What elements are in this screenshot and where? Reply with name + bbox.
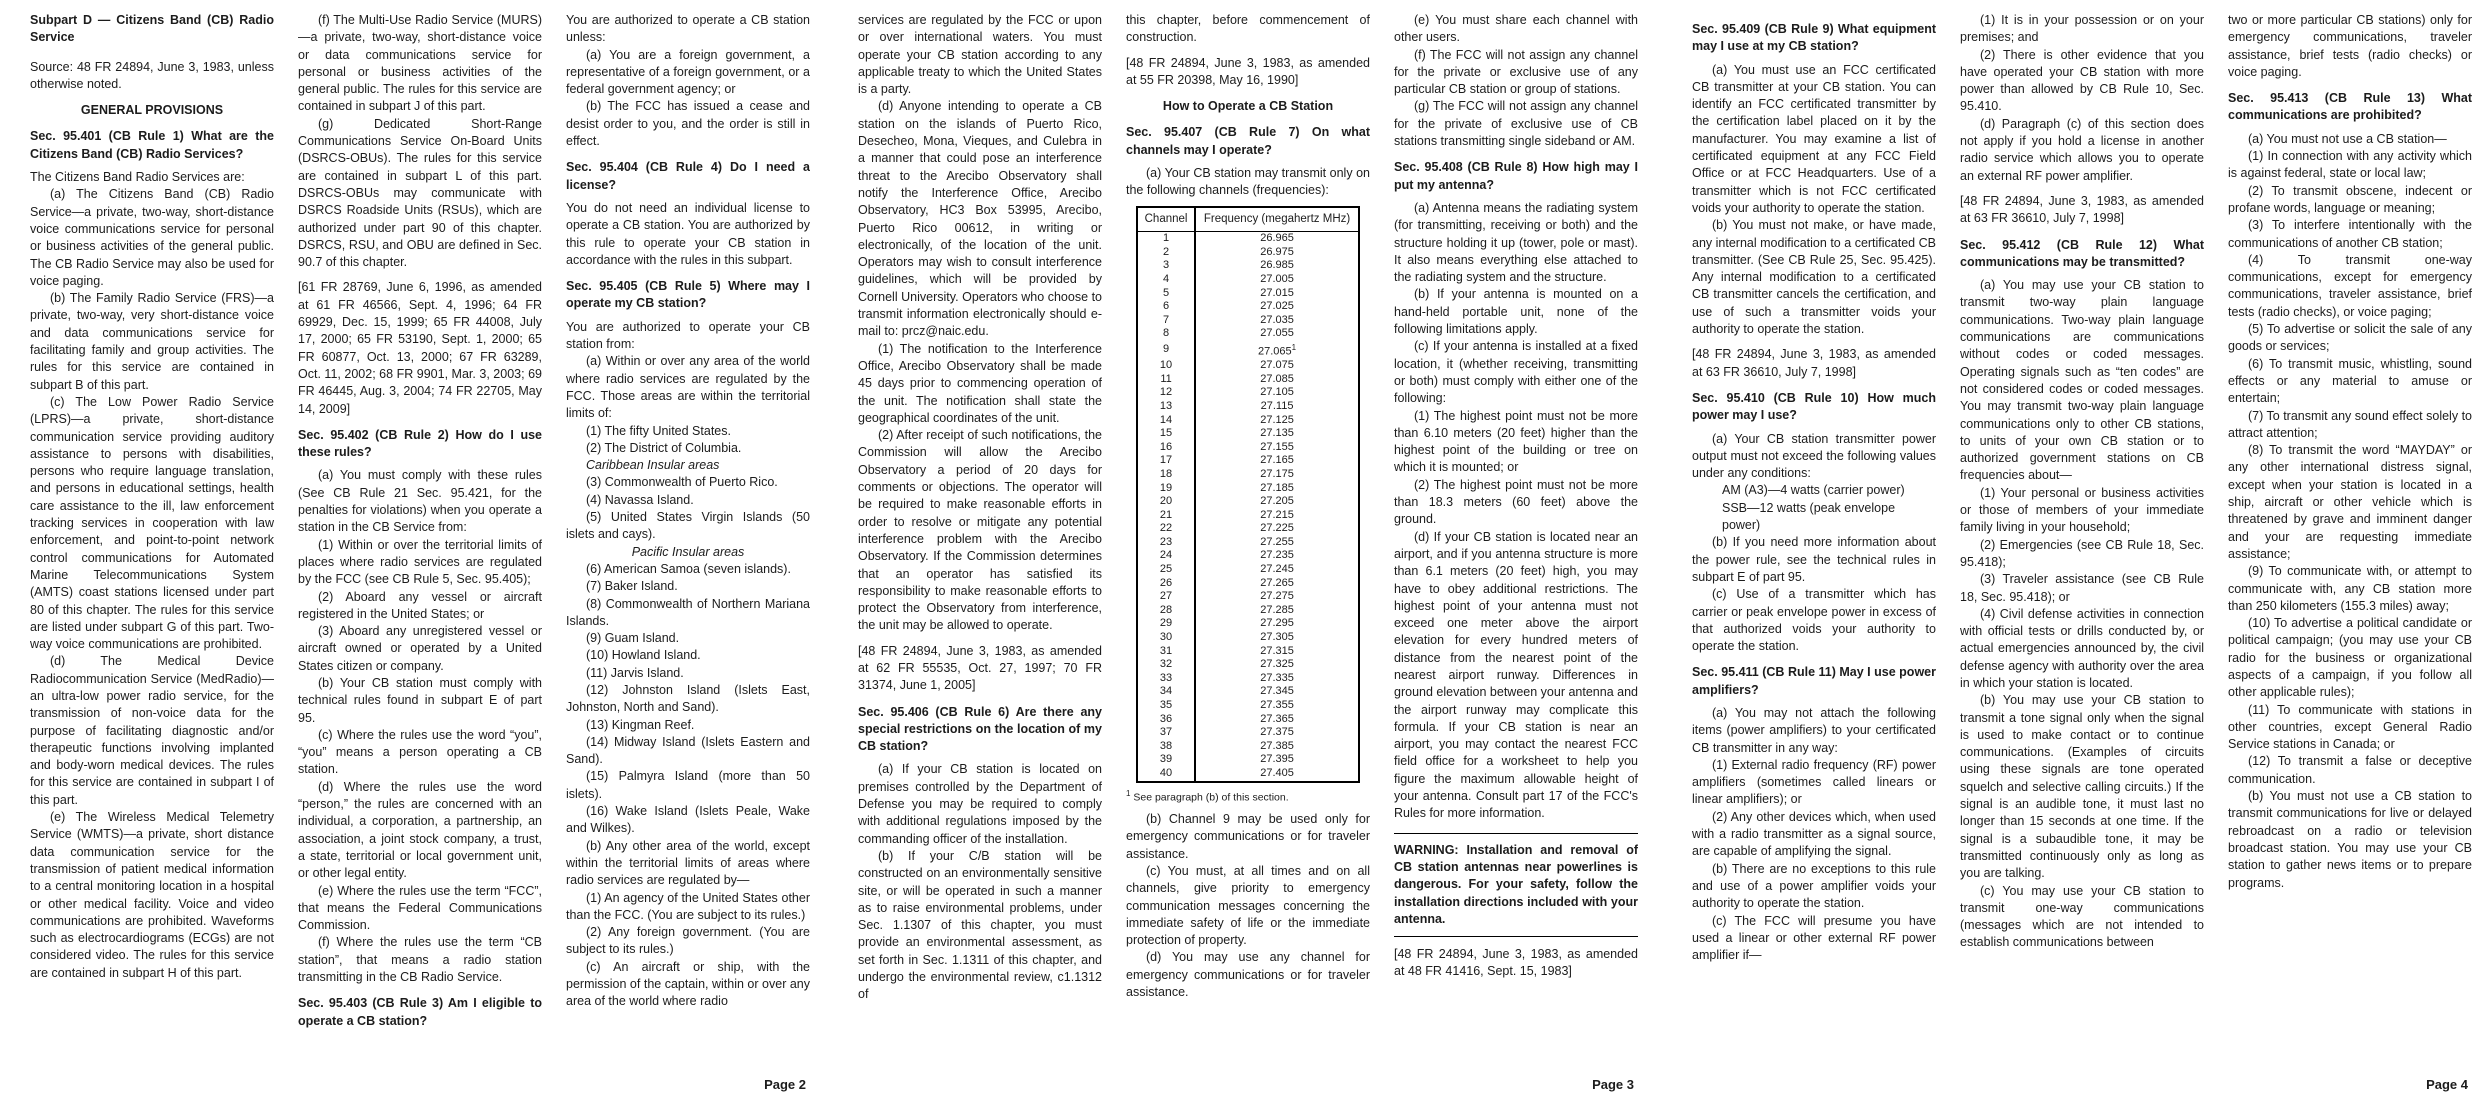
- section-heading: Sec. 95.413 (CB Rule 13) What communicat…: [2228, 90, 2472, 125]
- table-row: 1027.075: [1137, 359, 1359, 373]
- frequency-cell: 27.035: [1195, 314, 1359, 328]
- channel-frequency-table: ChannelFrequency (megahertz MHz)126.9652…: [1136, 206, 1360, 783]
- frequency-cell: 27.265: [1195, 577, 1359, 591]
- table-row: 3227.325: [1137, 658, 1359, 672]
- paragraph: (f) The Multi-Use Radio Service (MURS)—a…: [298, 12, 542, 116]
- paragraph: (a) Antenna means the radiating system (…: [1394, 200, 1638, 286]
- paragraph: (d) Where the rules use the word “person…: [298, 779, 542, 883]
- table-row: 3527.355: [1137, 699, 1359, 713]
- channel-cell: 5: [1137, 287, 1195, 301]
- table-row: 1927.185: [1137, 482, 1359, 496]
- channel-cell: 27: [1137, 590, 1195, 604]
- source-note: [48 FR 24894, June 3, 1983, as amended a…: [1692, 346, 1936, 381]
- paragraph: (2) Any foreign government. (You are sub…: [566, 924, 810, 959]
- paragraph: (d) Anyone intending to operate a CB sta…: [858, 98, 1102, 340]
- section-heading: Sec. 95.404 (CB Rule 4) Do I need a lice…: [566, 159, 810, 194]
- channel-cell: 28: [1137, 604, 1195, 618]
- center-heading: GENERAL PROVISIONS: [30, 102, 274, 119]
- table-header: Frequency (megahertz MHz): [1195, 207, 1359, 232]
- frequency-cell: 27.215: [1195, 509, 1359, 523]
- paragraph: (g) Dedicated Short-Range Communications…: [298, 116, 542, 272]
- frequency-cell: 27.385: [1195, 740, 1359, 754]
- text-column: (1) It is in your possession or on your …: [1960, 12, 2204, 1074]
- warning-box: WARNING: Installation and removal of CB …: [1394, 833, 1638, 937]
- frequency-cell: 27.075: [1195, 359, 1359, 373]
- table-row: 2827.285: [1137, 604, 1359, 618]
- source-note: [48 FR 24894, June 3, 1983, as amended a…: [1960, 193, 2204, 228]
- channel-cell: 38: [1137, 740, 1195, 754]
- frequency-cell: 26.975: [1195, 246, 1359, 260]
- channel-cell: 10: [1137, 359, 1195, 373]
- paragraph: (c) If your antenna is installed at a fi…: [1394, 338, 1638, 407]
- channel-cell: 35: [1137, 699, 1195, 713]
- paragraph: (a) Your CB station transmitter power ou…: [1692, 431, 1936, 483]
- channel-cell: 3: [1137, 259, 1195, 273]
- frequency-cell: 27.245: [1195, 563, 1359, 577]
- text-column: Subpart D — Citizens Band (CB) Radio Ser…: [30, 12, 274, 1074]
- table-row: 3627.365: [1137, 713, 1359, 727]
- channel-cell: 22: [1137, 522, 1195, 536]
- paragraph: (c) You must, at all times and on all ch…: [1126, 863, 1370, 949]
- paragraph: services are regulated by the FCC or upo…: [858, 12, 1102, 98]
- paragraph: The Citizens Band Radio Services are:: [30, 169, 274, 186]
- channel-cell: 24: [1137, 549, 1195, 563]
- frequency-cell: 27.295: [1195, 617, 1359, 631]
- paragraph: (c) The FCC will presume you have used a…: [1692, 913, 1936, 965]
- paragraph: (b) Channel 9 may be used only for emerg…: [1126, 811, 1370, 863]
- paragraph: (g) The FCC will not assign any channel …: [1394, 98, 1638, 150]
- paragraph: (f) Where the rules use the term “CB sta…: [298, 934, 542, 986]
- paragraph: (b) You must not use a CB station to tra…: [2228, 788, 2472, 892]
- channel-cell: 37: [1137, 726, 1195, 740]
- frequency-cell: 27.305: [1195, 631, 1359, 645]
- paragraph: You do not need an individual license to…: [566, 200, 810, 269]
- channel-cell: 39: [1137, 753, 1195, 767]
- table-row: 827.055: [1137, 327, 1359, 341]
- paragraph: (f) The FCC will not assign any channel …: [1394, 47, 1638, 99]
- table-row: 627.025: [1137, 300, 1359, 314]
- channel-cell: 20: [1137, 495, 1195, 509]
- channel-cell: 18: [1137, 468, 1195, 482]
- source-note: [48 FR 24894, June 3, 1983, as amended a…: [1126, 55, 1370, 90]
- channel-cell: 17: [1137, 454, 1195, 468]
- paragraph: (3) To interfere intentionally with the …: [2228, 217, 2472, 252]
- channel-cell: 26: [1137, 577, 1195, 591]
- channel-cell: 31: [1137, 645, 1195, 659]
- frequency-cell: 26.985: [1195, 259, 1359, 273]
- text-column: (e) You must share each channel with oth…: [1394, 12, 1638, 1074]
- section-heading: Sec. 95.402 (CB Rule 2) How do I use the…: [298, 427, 542, 462]
- paragraph: (16) Wake Island (Islets Peale, Wake and…: [566, 803, 810, 838]
- frequency-cell: 27.405: [1195, 767, 1359, 782]
- table-row: 2427.235: [1137, 549, 1359, 563]
- paragraph: (8) Commonwealth of Northern Mariana Isl…: [566, 596, 810, 631]
- channel-cell: 16: [1137, 441, 1195, 455]
- frequency-cell: 27.135: [1195, 427, 1359, 441]
- frequency-cell: 27.395: [1195, 753, 1359, 767]
- paragraph: (b) You may use your CB station to trans…: [1960, 692, 2204, 882]
- paragraph: (b) There are no exceptions to this rule…: [1692, 861, 1936, 913]
- frequency-cell: 27.315: [1195, 645, 1359, 659]
- channel-cell: 34: [1137, 685, 1195, 699]
- paragraph: (15) Palmyra Island (more than 50 islets…: [566, 768, 810, 803]
- section-heading: Sec. 95.411 (CB Rule 11) May I use power…: [1692, 664, 1936, 699]
- frequency-cell: 27.105: [1195, 386, 1359, 400]
- paragraph: (a) The Citizens Band (CB) Radio Service…: [30, 186, 274, 290]
- paragraph: (b) The Family Radio Service (FRS)—a pri…: [30, 290, 274, 394]
- channel-cell: 29: [1137, 617, 1195, 631]
- paragraph: (10) Howland Island.: [566, 647, 810, 664]
- channel-cell: 15: [1137, 427, 1195, 441]
- table-row: 1627.155: [1137, 441, 1359, 455]
- channel-cell: 33: [1137, 672, 1195, 686]
- frequency-cell: 27.125: [1195, 414, 1359, 428]
- document-title: Subpart D — Citizens Band (CB) Radio Ser…: [30, 12, 274, 47]
- table-row: 3127.315: [1137, 645, 1359, 659]
- paragraph: (a) You must comply with these rules (Se…: [298, 467, 542, 536]
- channel-cell: 19: [1137, 482, 1195, 496]
- paragraph: (a) If your CB station is located on pre…: [858, 761, 1102, 847]
- paragraph: (1) The notification to the Interference…: [858, 341, 1102, 427]
- table-row: 2727.275: [1137, 590, 1359, 604]
- channel-cell: 4: [1137, 273, 1195, 287]
- table-row: 3427.345: [1137, 685, 1359, 699]
- page: services are regulated by the FCC or upo…: [858, 12, 1638, 1092]
- table-row: 3727.375: [1137, 726, 1359, 740]
- source-note: [48 FR 24894, June 3, 1983, as amended a…: [858, 643, 1102, 695]
- paragraph: (c) Where the rules use the word “you”, …: [298, 727, 542, 779]
- section-heading: Sec. 95.410 (CB Rule 10) How much power …: [1692, 390, 1936, 425]
- paragraph: (13) Kingman Reef.: [566, 717, 810, 734]
- footnote-marker: 1: [1292, 343, 1296, 352]
- paragraph: (b) If your antenna is mounted on a hand…: [1394, 286, 1638, 338]
- section-heading: Sec. 95.406 (CB Rule 6) Are there any sp…: [858, 704, 1102, 756]
- frequency-cell: 27.085: [1195, 373, 1359, 387]
- channel-cell: 23: [1137, 536, 1195, 550]
- paragraph: (a) You may use your CB station to trans…: [1960, 277, 2204, 485]
- page-label: Page 3: [1592, 1077, 1634, 1092]
- table-row: 2927.295: [1137, 617, 1359, 631]
- table-row: 2327.255: [1137, 536, 1359, 550]
- paragraph: (e) The Wireless Medical Telemetry Servi…: [30, 809, 274, 982]
- paragraph: (c) An aircraft or ship, with the permis…: [566, 959, 810, 1011]
- page: Sec. 95.409 (CB Rule 9) What equipment m…: [1692, 12, 2472, 1092]
- text-column: two or more particular CB stations) only…: [2228, 12, 2472, 1074]
- paragraph: (1) An agency of the United States other…: [566, 890, 810, 925]
- paragraph: (b) Any other area of the world, except …: [566, 838, 810, 890]
- frequency-cell: 27.335: [1195, 672, 1359, 686]
- table-footnote: 1 See paragraph (b) of this section.: [1126, 787, 1370, 805]
- frequency-cell: 27.155: [1195, 441, 1359, 455]
- source-note: [61 FR 28769, June 6, 1996, as amended a…: [298, 279, 542, 417]
- frequency-cell: 27.005: [1195, 273, 1359, 287]
- frequency-cell: 27.185: [1195, 482, 1359, 496]
- paragraph: (12) Johnston Island (Islets East, Johns…: [566, 682, 810, 717]
- frequency-cell: 27.235: [1195, 549, 1359, 563]
- table-row: 2527.245: [1137, 563, 1359, 577]
- table-row: 1827.175: [1137, 468, 1359, 482]
- channel-cell: 1: [1137, 232, 1195, 246]
- table-row: 527.015: [1137, 287, 1359, 301]
- channel-cell: 2: [1137, 246, 1195, 260]
- table-row: 2227.225: [1137, 522, 1359, 536]
- paragraph: (a) You are a foreign government, a repr…: [566, 47, 810, 99]
- paragraph: (b) If your C/B station will be construc…: [858, 848, 1102, 1004]
- page: Subpart D — Citizens Band (CB) Radio Ser…: [30, 12, 810, 1092]
- frequency-cell: 27.055: [1195, 327, 1359, 341]
- frequency-cell: 27.205: [1195, 495, 1359, 509]
- channel-cell: 32: [1137, 658, 1195, 672]
- channel-cell: 7: [1137, 314, 1195, 328]
- paragraph: (3) Aboard any unregistered vessel or ai…: [298, 623, 542, 675]
- paragraph: (b) Your CB station must comply with tec…: [298, 675, 542, 727]
- table-row: 2027.205: [1137, 495, 1359, 509]
- indented-line: AM (A3)—4 watts (carrier power): [1692, 482, 1936, 499]
- channel-cell: 30: [1137, 631, 1195, 645]
- paragraph: (6) American Samoa (seven islands).: [566, 561, 810, 578]
- paragraph: (1) The highest point must not be more t…: [1394, 408, 1638, 477]
- channel-cell: 13: [1137, 400, 1195, 414]
- paragraph: You are authorized to operate your CB st…: [566, 319, 810, 354]
- paragraph: (5) United States Virgin Islands (50 isl…: [566, 509, 810, 544]
- paragraph: (1) The fifty United States.: [566, 423, 810, 440]
- paragraph: (4) Civil defense activities in connecti…: [1960, 606, 2204, 692]
- table-row: 326.985: [1137, 259, 1359, 273]
- channel-cell: 9: [1137, 341, 1195, 359]
- paragraph: (d) Paragraph (c) of this section does n…: [1960, 116, 2204, 185]
- paragraph: (c) The Low Power Radio Service (LPRS)—a…: [30, 394, 274, 653]
- text-column: Sec. 95.409 (CB Rule 9) What equipment m…: [1692, 12, 1936, 1074]
- table-row: 2127.215: [1137, 509, 1359, 523]
- paragraph: (4) To transmit one-way communications, …: [2228, 252, 2472, 321]
- page-label: Page 4: [2426, 1077, 2468, 1092]
- indented-line: SSB—12 watts (peak envelope power): [1692, 500, 1936, 535]
- table-row: 1327.115: [1137, 400, 1359, 414]
- paragraph: (1) External radio frequency (RF) power …: [1692, 757, 1936, 809]
- table-row: 226.975: [1137, 246, 1359, 260]
- paragraph: (a) You may not attach the following ite…: [1692, 705, 1936, 757]
- source-note: [48 FR 24894, June 3, 1983, as amended a…: [1394, 946, 1638, 981]
- paragraph: (e) You must share each channel with oth…: [1394, 12, 1638, 47]
- channel-cell: 6: [1137, 300, 1195, 314]
- paragraph: (c) You may use your CB station to trans…: [1960, 883, 2204, 952]
- paragraph: (b) The FCC has issued a cease and desis…: [566, 98, 810, 150]
- italic-line: Pacific Insular areas: [566, 544, 810, 561]
- frequency-cell: 27.025: [1195, 300, 1359, 314]
- paragraph: two or more particular CB stations) only…: [2228, 12, 2472, 81]
- table-row: 927.0651: [1137, 341, 1359, 359]
- table-row: 3827.385: [1137, 740, 1359, 754]
- paragraph: (1) Your personal or business activities…: [1960, 485, 2204, 537]
- paragraph: You are authorized to operate a CB stati…: [566, 12, 810, 47]
- paragraph: (10) To advertise a political candidate …: [2228, 615, 2472, 701]
- paragraph: (b) If you need more information about t…: [1692, 534, 1936, 586]
- paragraph: (a) You must use an FCC certificated CB …: [1692, 62, 1936, 218]
- table-row: 1127.085: [1137, 373, 1359, 387]
- paragraph: (d) If your CB station is located near a…: [1394, 529, 1638, 823]
- section-heading: Sec. 95.403 (CB Rule 3) Am I eligible to…: [298, 995, 542, 1030]
- paragraph: (a) Your CB station may transmit only on…: [1126, 165, 1370, 200]
- paragraph: (a) Within or over any area of the world…: [566, 353, 810, 422]
- frequency-cell: 27.345: [1195, 685, 1359, 699]
- paragraph: (7) To transmit any sound effect solely …: [2228, 408, 2472, 443]
- channel-cell: 12: [1137, 386, 1195, 400]
- frequency-cell: 27.355: [1195, 699, 1359, 713]
- paragraph: (4) Navassa Island.: [566, 492, 810, 509]
- frequency-cell: 27.285: [1195, 604, 1359, 618]
- table-row: 3027.305: [1137, 631, 1359, 645]
- table-header: Channel: [1137, 207, 1195, 232]
- paragraph: (11) Jarvis Island.: [566, 665, 810, 682]
- table-row: 4027.405: [1137, 767, 1359, 782]
- frequency-cell: 27.015: [1195, 287, 1359, 301]
- frequency-cell: 27.325: [1195, 658, 1359, 672]
- frequency-cell: 26.965: [1195, 232, 1359, 246]
- source-note: Source: 48 FR 24894, June 3, 1983, unles…: [30, 59, 274, 94]
- channel-cell: 14: [1137, 414, 1195, 428]
- paragraph: (7) Baker Island.: [566, 578, 810, 595]
- paragraph: (3) Traveler assistance (see CB Rule 18,…: [1960, 571, 2204, 606]
- text-column: You are authorized to operate a CB stati…: [566, 12, 810, 1074]
- document-pages: Subpart D — Citizens Band (CB) Radio Ser…: [0, 0, 2474, 1102]
- paragraph: this chapter, before commencement of con…: [1126, 12, 1370, 47]
- paragraph: (c) Use of a transmitter which has carri…: [1692, 586, 1936, 655]
- frequency-cell: 27.175: [1195, 468, 1359, 482]
- paragraph: (2) There is other evidence that you hav…: [1960, 47, 2204, 116]
- paragraph: (2) The District of Columbia.: [566, 440, 810, 457]
- section-heading: Sec. 95.401 (CB Rule 1) What are the Cit…: [30, 128, 274, 163]
- table-row: 427.005: [1137, 273, 1359, 287]
- channel-cell: 8: [1137, 327, 1195, 341]
- frequency-cell: 27.0651: [1195, 341, 1359, 359]
- channel-cell: 25: [1137, 563, 1195, 577]
- paragraph: (e) Where the rules use the term “FCC”, …: [298, 883, 542, 935]
- table-row: 1227.105: [1137, 386, 1359, 400]
- paragraph: (12) To transmit a false or deceptive co…: [2228, 753, 2472, 788]
- section-heading: Sec. 95.409 (CB Rule 9) What equipment m…: [1692, 21, 1936, 56]
- table-row: 1527.135: [1137, 427, 1359, 441]
- paragraph: (6) To transmit music, whistling, sound …: [2228, 356, 2472, 408]
- section-heading: Sec. 95.408 (CB Rule 8) How high may I p…: [1394, 159, 1638, 194]
- channel-cell: 36: [1137, 713, 1195, 727]
- table-row: 727.035: [1137, 314, 1359, 328]
- paragraph: (d) You may use any channel for emergenc…: [1126, 949, 1370, 1001]
- italic-line: Caribbean Insular areas: [566, 457, 810, 474]
- paragraph: (3) Commonwealth of Puerto Rico.: [566, 474, 810, 491]
- table-row: 2627.265: [1137, 577, 1359, 591]
- text-column: this chapter, before commencement of con…: [1126, 12, 1370, 1074]
- paragraph: (b) You must not make, or have made, any…: [1692, 217, 1936, 338]
- paragraph: (a) You must not use a CB station—: [2228, 131, 2472, 148]
- frequency-cell: 27.255: [1195, 536, 1359, 550]
- section-heading: Sec. 95.412 (CB Rule 12) What communicat…: [1960, 237, 2204, 272]
- channel-cell: 40: [1137, 767, 1195, 782]
- section-heading: Sec. 95.405 (CB Rule 5) Where may I oper…: [566, 278, 810, 313]
- frequency-cell: 27.165: [1195, 454, 1359, 468]
- paragraph: (2) After receipt of such notifications,…: [858, 427, 1102, 635]
- frequency-cell: 27.275: [1195, 590, 1359, 604]
- table-row: 126.965: [1137, 232, 1359, 246]
- table-row: 3927.395: [1137, 753, 1359, 767]
- text-column: services are regulated by the FCC or upo…: [858, 12, 1102, 1074]
- paragraph: (11) To communicate with stations in oth…: [2228, 702, 2472, 754]
- table-row: 1727.165: [1137, 454, 1359, 468]
- page-label: Page 2: [764, 1077, 806, 1092]
- frequency-cell: 27.115: [1195, 400, 1359, 414]
- paragraph: (2) Emergencies (see CB Rule 18, Sec. 95…: [1960, 537, 2204, 572]
- frequency-cell: 27.375: [1195, 726, 1359, 740]
- paragraph: (2) The highest point must not be more t…: [1394, 477, 1638, 529]
- channel-cell: 21: [1137, 509, 1195, 523]
- paragraph: (8) To transmit the word “MAYDAY” or any…: [2228, 442, 2472, 563]
- channel-cell: 11: [1137, 373, 1195, 387]
- table-row: 1427.125: [1137, 414, 1359, 428]
- table-row: 3327.335: [1137, 672, 1359, 686]
- paragraph: (1) Within or over the territorial limit…: [298, 537, 542, 589]
- paragraph: (14) Midway Island (Islets Eastern and S…: [566, 734, 810, 769]
- paragraph: (1) It is in your possession or on your …: [1960, 12, 2204, 47]
- frequency-cell: 27.225: [1195, 522, 1359, 536]
- paragraph: (2) To transmit obscene, indecent or pro…: [2228, 183, 2472, 218]
- frequency-cell: 27.365: [1195, 713, 1359, 727]
- section-heading: Sec. 95.407 (CB Rule 7) On what channels…: [1126, 124, 1370, 159]
- text-column: (f) The Multi-Use Radio Service (MURS)—a…: [298, 12, 542, 1074]
- paragraph: (1) In connection with any activity whic…: [2228, 148, 2472, 183]
- paragraph: (2) Any other devices which, when used w…: [1692, 809, 1936, 861]
- paragraph: (9) Guam Island.: [566, 630, 810, 647]
- paragraph: (9) To communicate with, or attempt to c…: [2228, 563, 2472, 615]
- center-heading: How to Operate a CB Station: [1126, 98, 1370, 115]
- paragraph: (5) To advertise or solicit the sale of …: [2228, 321, 2472, 356]
- paragraph: (d) The Medical Device Radiocommunicatio…: [30, 653, 274, 809]
- paragraph: (2) Aboard any vessel or aircraft regist…: [298, 589, 542, 624]
